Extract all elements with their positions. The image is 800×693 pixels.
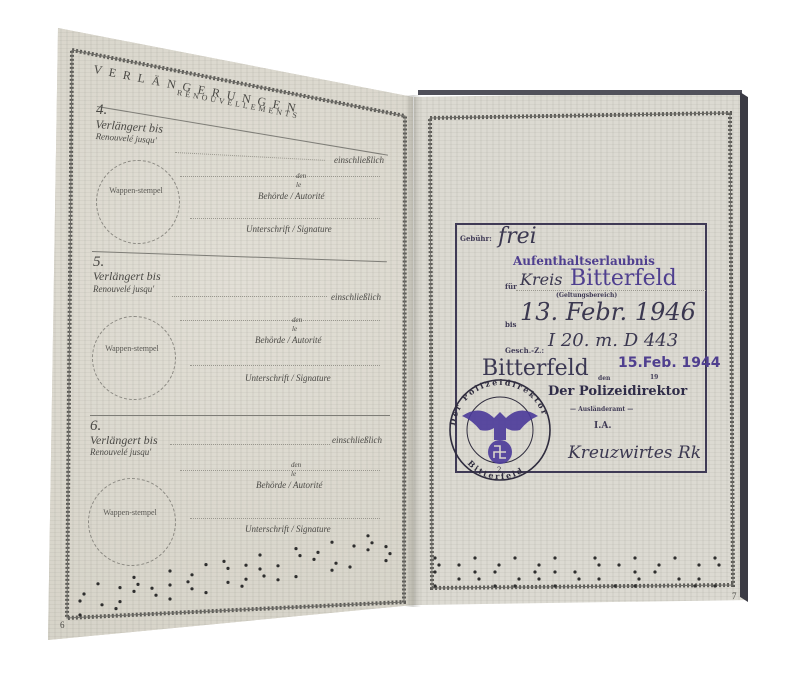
- svg-text:2: 2: [497, 466, 501, 474]
- passport-spread: VERLÄNGERUNGEN RENOUVELLEMENTS 4. Verlän…: [0, 0, 800, 693]
- official-seal: Der Polizeidirektor Bitterfeld 2: [0, 0, 800, 693]
